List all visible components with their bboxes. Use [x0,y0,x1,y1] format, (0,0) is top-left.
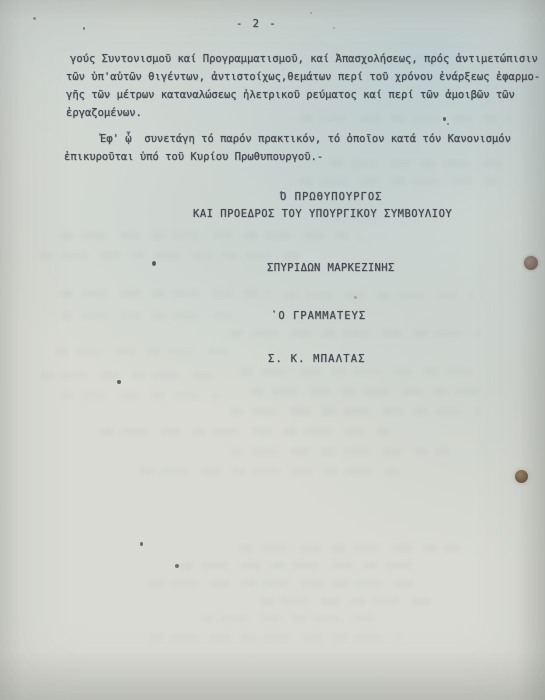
bleedthrough-smudge [60,392,220,399]
ink-speck [333,27,335,29]
pm-signature-name: ΣΠΥΡΙΔΩΝ ΜΑΡΚΕΖΙΝΗΣ [267,262,395,274]
ink-speck [152,261,156,266]
bleedthrough-smudge [180,562,415,569]
body-paragraph2-line1: Ἐφ' ᾧ συνετάγη τό παρόν πρακτικόν, τό ὁπ… [100,133,511,145]
bleedthrough-smudge [285,292,475,299]
ink-speck [310,12,312,14]
body-paragraph2-line2: ἐπικυροῦται ὑπό τοῦ Κυρίου Πρωθυπουργοῦ.… [64,151,323,163]
ink-speck [140,542,143,546]
body-paragraph1-line1: γούς Συντονισμοῦ καί Προγραμματισμοῦ, κα… [70,53,538,65]
ink-speck [83,27,85,30]
bleedthrough-smudge [300,178,500,185]
bleedthrough-smudge [60,290,270,297]
bleedthrough-smudge [150,634,400,641]
secretary-signature-name: Σ. Κ. ΜΠΑΛΤΑΣ [268,353,366,365]
bleedthrough-smudge [40,252,300,259]
rust-stain-bottom [515,470,528,483]
bleedthrough-smudge [100,428,400,435]
body-paragraph1-line2: τῶν ὑπ'αὐτῶν θιγέντων, ἀντιστοίχως,θεμάτ… [66,71,540,83]
page-number: - 2 - [236,18,278,30]
bleedthrough-smudge [150,580,415,587]
scanned-document-photo: { "document": { "page_number": "- 2 -", … [0,0,545,700]
bleedthrough-smudge [230,330,480,337]
body-paragraph1-line4: ἐργαζομένων. [66,107,142,119]
pm-title-line1: Ό ΠΡΩΘΥΠΟΥΡΓΟΣ [280,191,383,203]
bleedthrough-smudge [60,232,360,239]
bleedthrough-smudge [240,368,475,375]
ink-speck [117,380,121,384]
ink-speck [33,17,36,20]
bleedthrough-smudge [230,408,480,415]
bleedthrough-smudge [240,545,460,552]
bleedthrough-smudge [40,372,225,379]
bleedthrough-smudge [250,388,480,395]
rust-stain-top [524,256,538,270]
bleedthrough-smudge [330,160,505,167]
bleedthrough-smudge [200,615,385,622]
paper-sheet: - 2 - γούς Συντονισμοῦ καί Προγραμματισμ… [0,0,545,700]
secretary-title: ῾Ο ΓΡΑΜΜΑΤΕΥΣ [271,310,366,322]
bleedthrough-smudge [300,115,510,122]
bleedthrough-smudge [230,448,450,455]
bleedthrough-smudge [140,468,400,475]
bleedthrough-smudge [60,312,245,319]
bleedthrough-smudge [260,598,430,605]
pm-title-line2: ΚΑΙ ΠΡΟΕΔΡΟΣ ΤΟΥ ΥΠΟΥΡΓΙΚΟΥ ΣΥΜΒΟΥΛΙΟΥ [193,208,452,220]
body-paragraph1-line3: γῆς τῶν μέτρων καταναλώσεως ἠλετρικοῦ ρε… [66,89,515,101]
bleedthrough-smudge [55,348,230,355]
ink-speck [175,564,179,568]
ink-speck [447,123,449,125]
